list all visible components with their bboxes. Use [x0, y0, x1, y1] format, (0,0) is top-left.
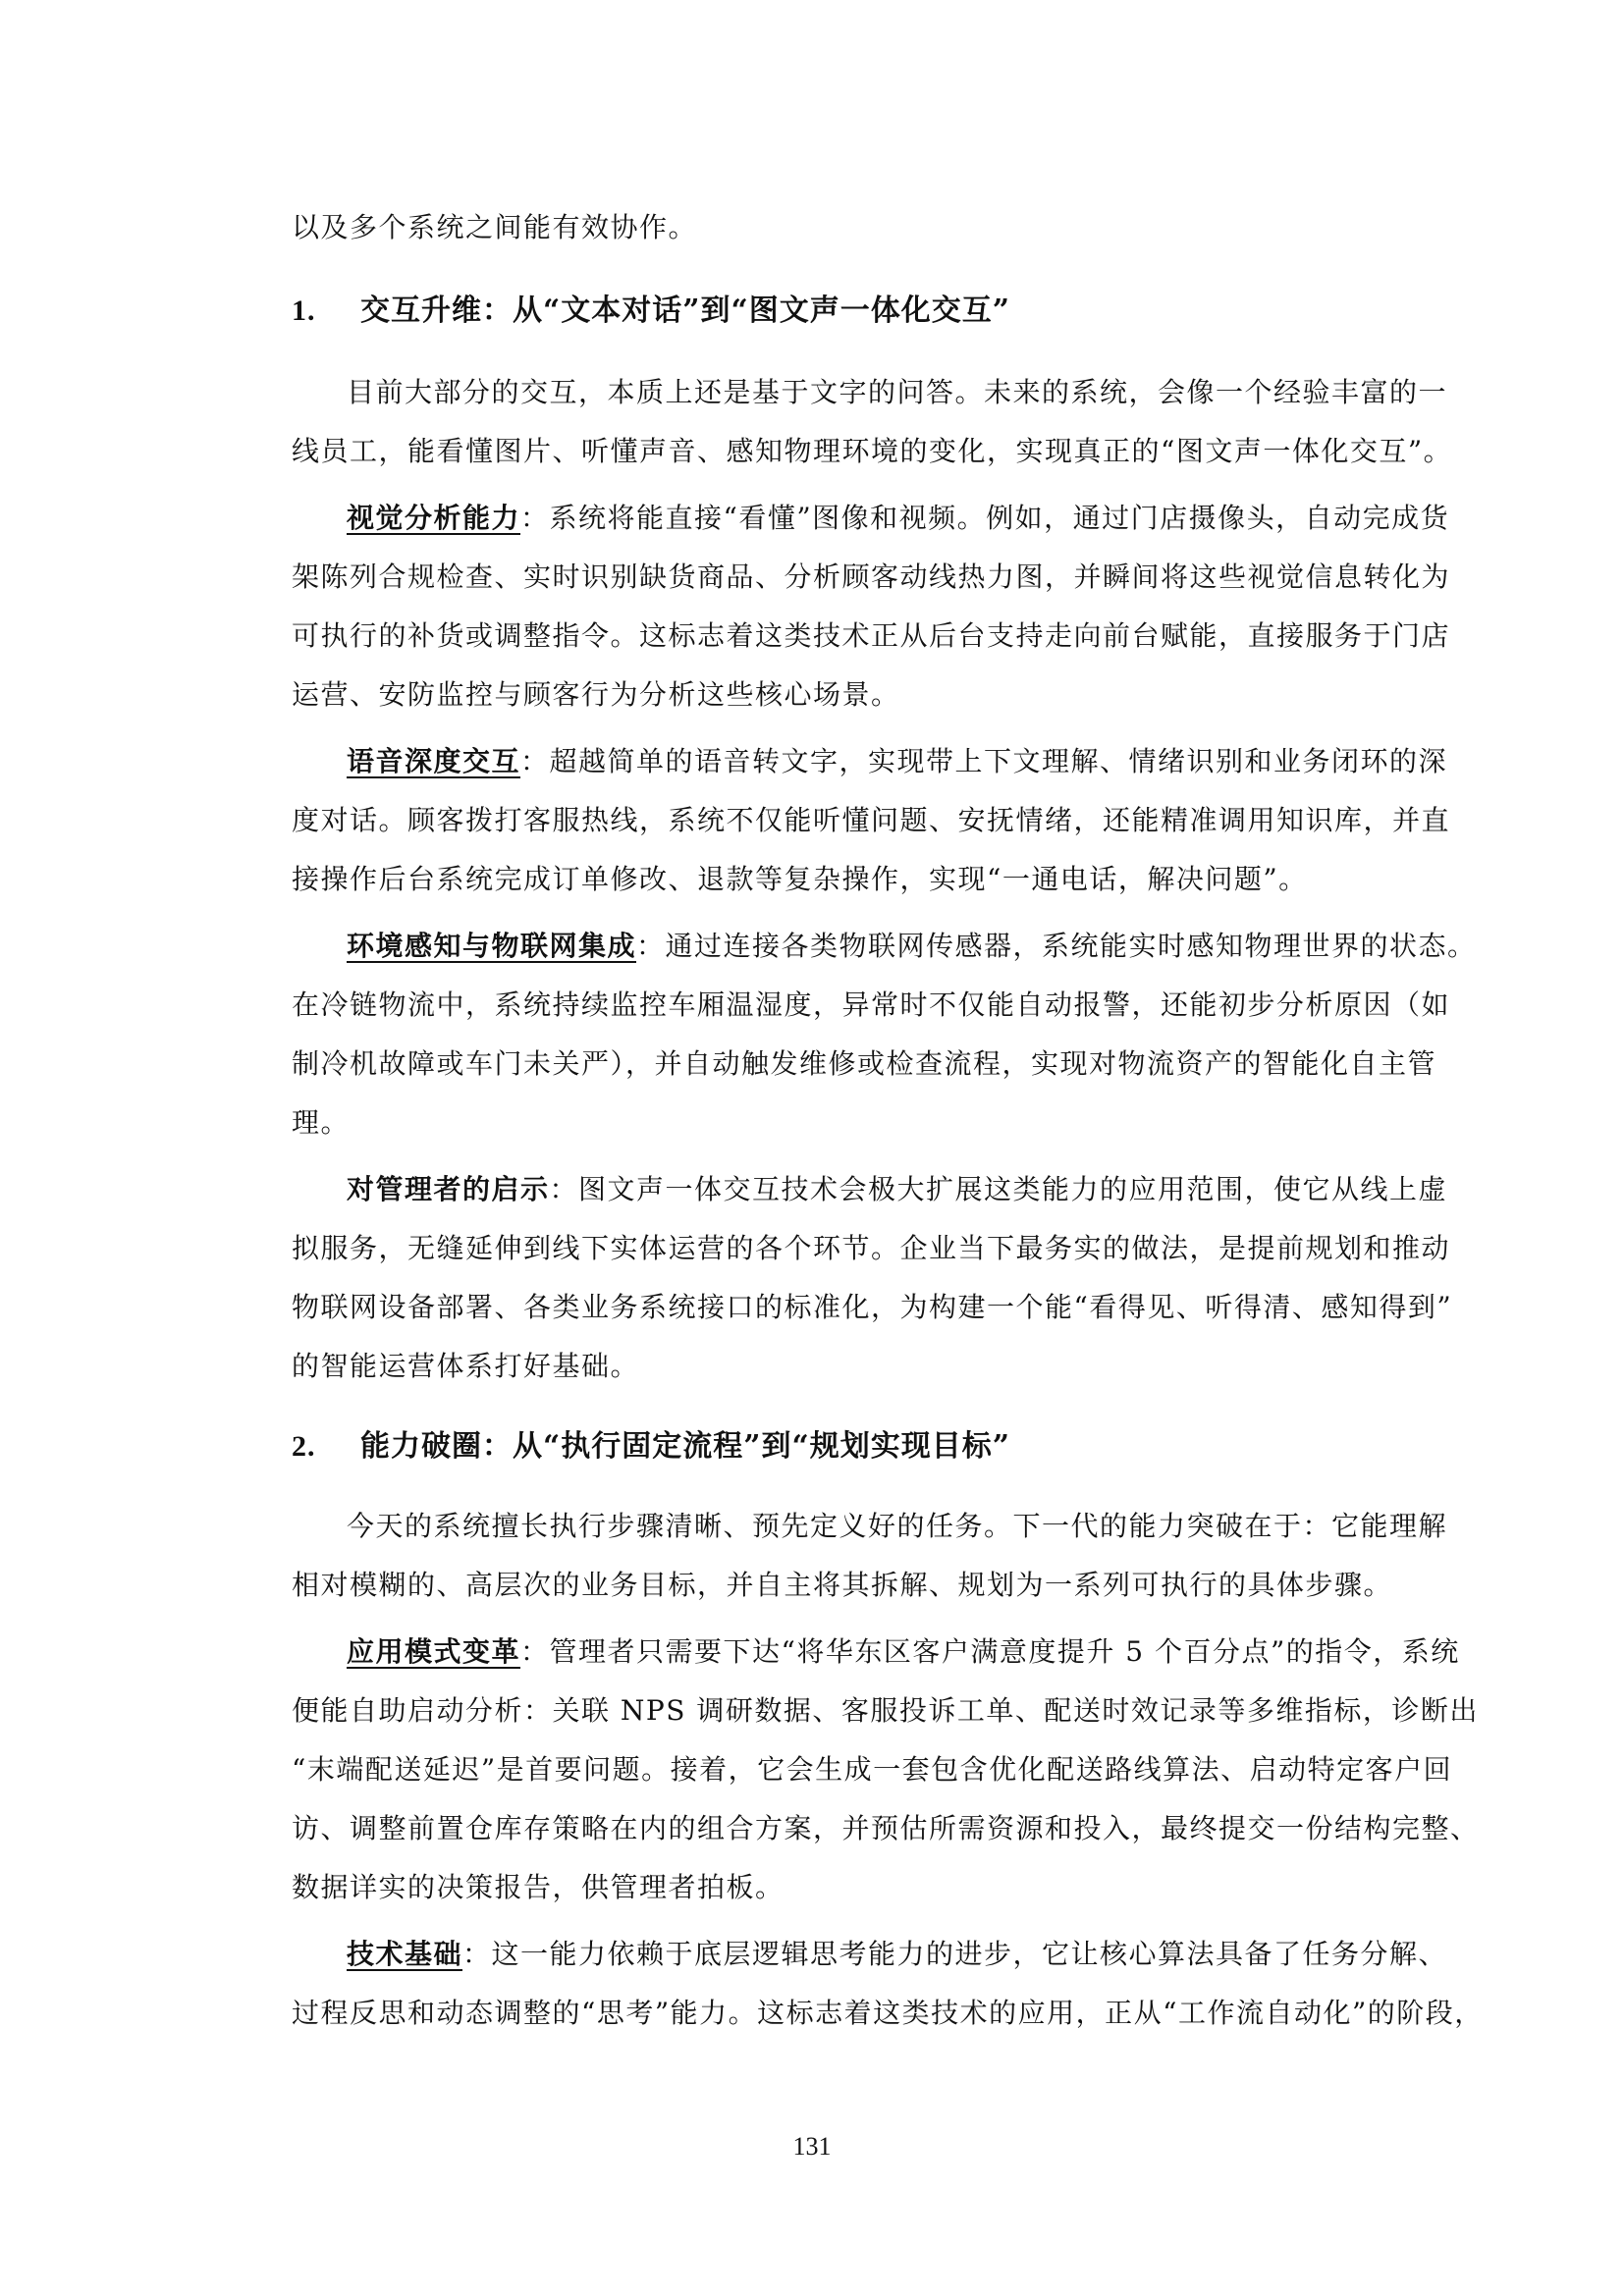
- paragraph-line: 访、调整前置仓库存策略在内的组合方案，并预估所需资源和投入，最终提交一份结构完整…: [292, 1809, 1401, 1848]
- section-heading-1: 1.交互升维：从“文本对话”到“图文声一体化交互”: [292, 290, 1010, 333]
- page-number: 131: [0, 2132, 1624, 2162]
- paragraph-line: 制冷机故障或车门未关严），并自动触发维修或检查流程，实现对物流资产的智能化自主管: [292, 1044, 1401, 1084]
- paragraph-line: 在冷链物流中，系统持续监控车厢温湿度，异常时不仅能自动报警，还能初步分析原因（如: [292, 986, 1401, 1025]
- lead-term: 语音深度交互: [347, 745, 520, 777]
- lead-term: 视觉分析能力: [347, 502, 520, 534]
- paragraph-line: 可执行的补货或调整指令。这标志着这类技术正从后台支持走向前台赋能，直接服务于门店: [292, 616, 1401, 656]
- paragraph-line: “末端配送延迟”是首要问题。接着，它会生成一套包含优化配送路线算法、启动特定客户…: [292, 1750, 1401, 1789]
- paragraph-line: 架陈列合规检查、实时识别缺货商品、分析顾客动线热力图，并瞬间将这些视觉信息转化为: [292, 558, 1401, 597]
- paragraph-line: 语音深度交互：超越简单的语音转文字，实现带上下文理解、情绪识别和业务闭环的深: [292, 742, 1401, 781]
- paragraph-line: 数据详实的决策报告，供管理者拍板。: [292, 1868, 1401, 1907]
- paragraph-line: 技术基础：这一能力依赖于底层逻辑思考能力的进步，它让核心算法具备了任务分解、: [292, 1935, 1401, 1974]
- lead-term: 应用模式变革: [347, 1635, 520, 1668]
- lead-term: 技术基础: [347, 1938, 462, 1970]
- paragraph-line: 应用模式变革：管理者只需要下达“将华东区客户满意度提升 5 个百分点”的指令，系…: [292, 1632, 1401, 1672]
- paragraph-line: 对管理者的启示：图文声一体交互技术会极大扩展这类能力的应用范围，使它从线上虚: [292, 1170, 1401, 1209]
- document-page: 以及多个系统之间能有效协作。 1.交互升维：从“文本对话”到“图文声一体化交互”…: [0, 0, 1624, 2296]
- paragraph-line: 接操作后台系统完成订单修改、退款等复杂操作，实现“一通电话，解决问题”。: [292, 860, 1401, 899]
- paragraph-line: 过程反思和动态调整的“思考”能力。这标志着这类技术的应用，正从“工作流自动化”的…: [292, 1994, 1401, 2033]
- paragraph-line: 以及多个系统之间能有效协作。: [292, 208, 1401, 247]
- paragraph-line: 环境感知与物联网集成：通过连接各类物联网传感器，系统能实时感知物理世界的状态。: [292, 927, 1401, 966]
- paragraph-line: 度对话。顾客拨打客服热线，系统不仅能听懂问题、安抚情绪，还能精准调用知识库，并直: [292, 801, 1401, 840]
- paragraph-line: 今天的系统擅长执行步骤清晰、预先定义好的任务。下一代的能力突破在于：它能理解: [292, 1507, 1401, 1546]
- section-title: 能力破圈：从“执行固定流程”到“规划实现目标”: [360, 1429, 1010, 1464]
- paragraph-line: 相对模糊的、高层次的业务目标，并自主将其拆解、规划为一系列可执行的具体步骤。: [292, 1566, 1401, 1605]
- paragraph-line: 视觉分析能力：系统将能直接“看懂”图像和视频。例如，通过门店摄像头，自动完成货: [292, 499, 1401, 538]
- lead-term: 对管理者的启示: [347, 1173, 550, 1205]
- paragraph-line: 拟服务，无缝延伸到线下实体运营的各个环节。企业当下最务实的做法，是提前规划和推动: [292, 1229, 1401, 1268]
- paragraph-line: 线员工，能看懂图片、听懂声音、感知物理环境的变化，实现真正的“图文声一体化交互”…: [292, 432, 1401, 471]
- section-heading-2: 2.能力破圈：从“执行固定流程”到“规划实现目标”: [292, 1425, 1010, 1468]
- lead-term: 环境感知与物联网集成: [347, 930, 636, 962]
- paragraph-line: 的智能运营体系打好基础。: [292, 1347, 1401, 1386]
- paragraph-line: 运营、安防监控与顾客行为分析这些核心场景。: [292, 675, 1401, 715]
- paragraph-line: 物联网设备部署、各类业务系统接口的标准化，为构建一个能“看得见、听得清、感知得到…: [292, 1288, 1401, 1327]
- paragraph-line: 便能自助启动分析：关联 NPS 调研数据、客服投诉工单、配送时效记录等多维指标，…: [292, 1691, 1401, 1731]
- section-number: 2.: [292, 1425, 360, 1468]
- section-title: 交互升维：从“文本对话”到“图文声一体化交互”: [360, 294, 1010, 328]
- paragraph-line: 理。: [292, 1103, 1401, 1143]
- section-number: 1.: [292, 290, 360, 333]
- paragraph-line: 目前大部分的交互，本质上还是基于文字的问答。未来的系统，会像一个经验丰富的一: [292, 373, 1401, 412]
